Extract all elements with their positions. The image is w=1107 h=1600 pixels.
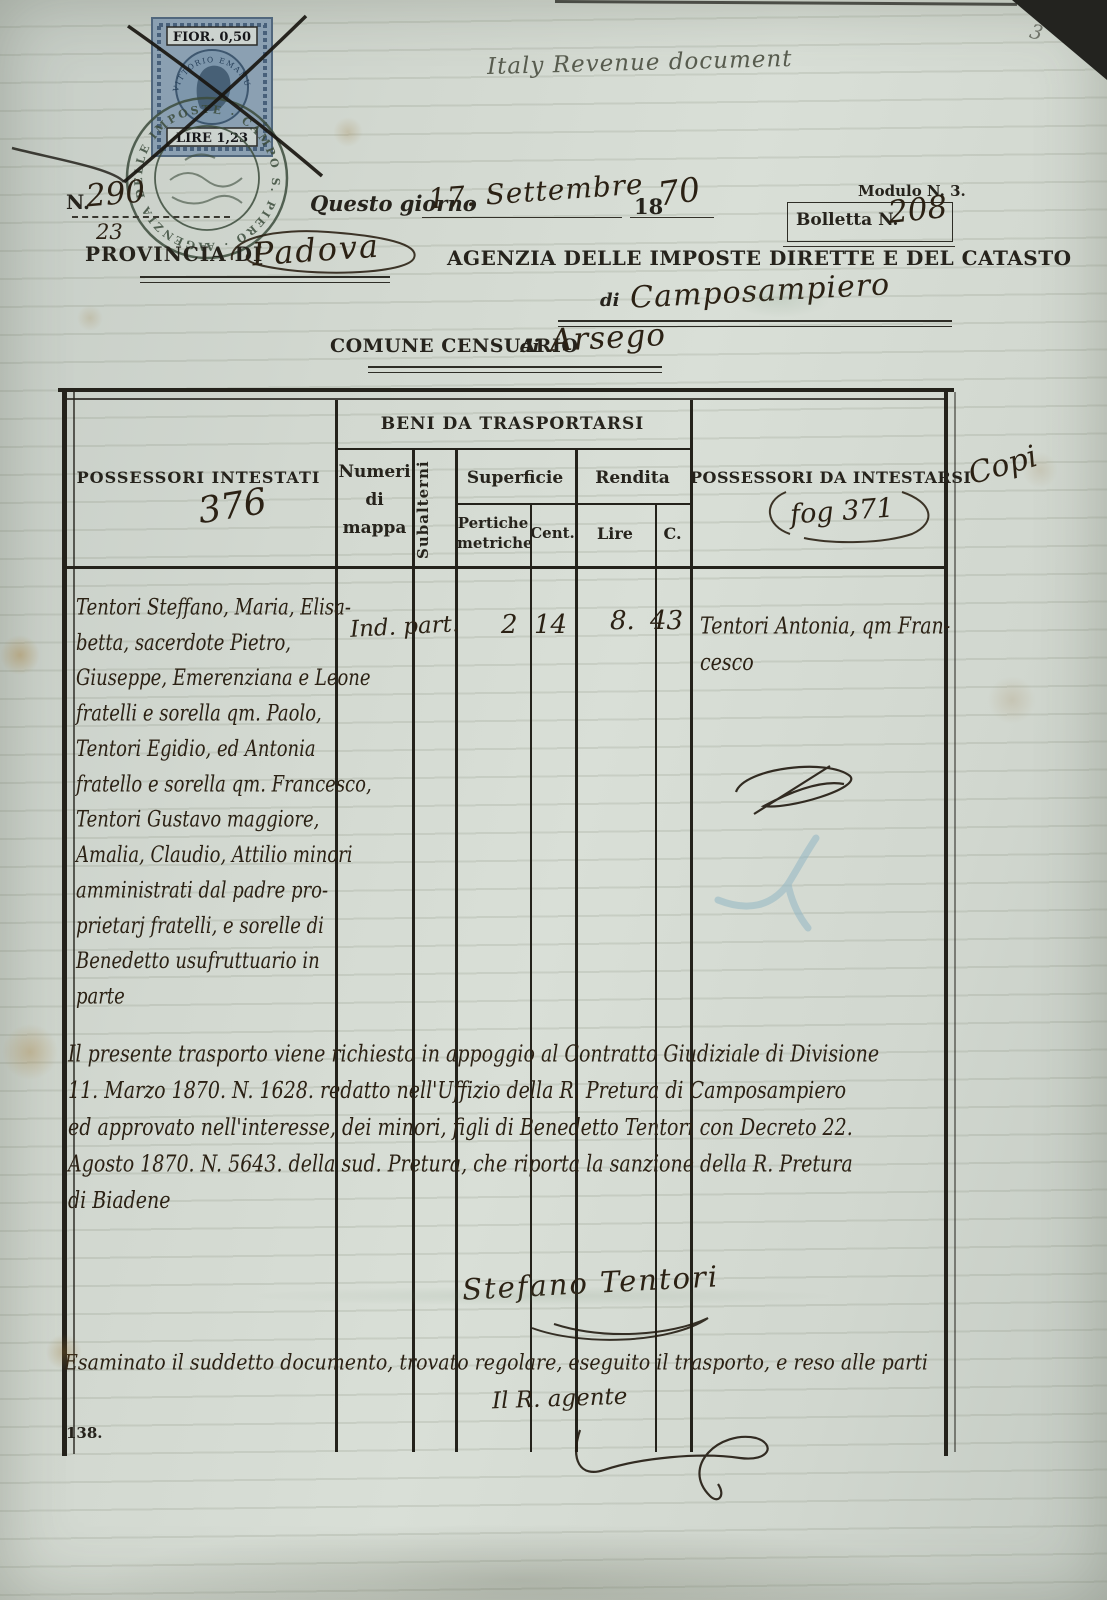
closing-statement: Esaminato il suddetto documento, trovato… (64, 1350, 928, 1375)
col-numeri-line1: Numeri (337, 462, 412, 482)
table-border-line (954, 392, 956, 1452)
possessori-da-flourish (752, 482, 952, 546)
numeri-di-mappa-value: Ind. part. (349, 611, 459, 643)
table-border-line (62, 566, 948, 569)
agency-title: AGENZIA DELLE IMPOSTE DIRETTE E DEL CATA… (447, 246, 957, 270)
year-underline (630, 217, 714, 218)
possessori-line: parte (76, 979, 338, 1014)
blue-pencil-mark (700, 822, 880, 942)
possessori-line: fratello e sorella qm. Francesco, (76, 767, 338, 802)
table-border-line (62, 388, 67, 1456)
agent-signature-flourish (560, 1400, 800, 1520)
provincia-rule (140, 276, 390, 283)
nuovo-possessore-line: cesco (700, 645, 950, 682)
possessori-line: amministrati dal padre pro- (76, 873, 338, 908)
comune-value: Arsego (549, 317, 667, 359)
table-border-line (944, 388, 948, 1456)
possessori-line: Giuseppe, Emerenziana e Leone (76, 661, 338, 696)
possessori-intestati-number: 376 (195, 481, 269, 532)
table-border-line (412, 448, 415, 1452)
agency-di: di (600, 290, 619, 311)
photo-edge-line (555, 0, 1017, 6)
agency-place: Camposampiero (629, 267, 891, 316)
c-value: 43 (650, 606, 683, 636)
cent-value: 14 (534, 610, 567, 640)
note-line: di Biadene (68, 1182, 879, 1219)
bolletta-label: Bolletta N. (796, 210, 898, 230)
group-header-beni: BENI DA TRASPORTARSI (335, 414, 690, 434)
comune-label: COMUNE CENSUARIO (330, 335, 578, 357)
note-line: ed approvato nell'interesse, dei minori,… (68, 1109, 879, 1146)
table-border-line (73, 392, 75, 1454)
comune-rule (368, 366, 662, 373)
margin-note-copi: Copi (965, 439, 1042, 492)
col-lire: Lire (575, 524, 655, 543)
bolletta-value: 208 (886, 189, 949, 231)
form-number: 138. (66, 1424, 103, 1442)
registry-sub-number: 23 (96, 220, 123, 244)
nuovo-possessore-line: Tentori Antonia, qm Fran- (700, 608, 950, 645)
col-cent: Cent. (530, 524, 575, 542)
pertiche-value: 2 (501, 610, 518, 640)
registry-number-value: 290 (85, 173, 147, 214)
possessori-line: betta, sacerdote Pietro, (76, 625, 338, 660)
year-written: 70 (655, 169, 702, 213)
note-line: Il presente trasporto viene richiesto in… (68, 1036, 879, 1073)
table-border-line (455, 448, 458, 1452)
col-c: C. (655, 524, 690, 543)
col-superficie: Superficie (455, 468, 575, 488)
possessori-intestati-text: Tentori Steffano, Maria, Elisa- betta, s… (76, 590, 338, 1015)
table-border-line (455, 503, 691, 505)
registry-underline (72, 216, 230, 218)
possessori-line: Tentori Egidio, ed Antonia (76, 732, 338, 767)
paraph-flourish (718, 748, 868, 828)
possessori-line: Benedetto usufruttuario in (76, 944, 338, 979)
col-pertiche-line2: metriche (457, 534, 529, 552)
table-border-line (62, 398, 948, 400)
table-border-line (335, 448, 693, 450)
col-pertiche-line1: Pertiche (457, 514, 529, 532)
possessori-line: Tentori Steffano, Maria, Elisa- (76, 590, 338, 625)
signature-flourish (520, 1300, 730, 1350)
lire-value: 8. (610, 606, 635, 636)
document-page: FIOR. 0,50 VITTORIO EMANUELE RE D'ITALIA… (0, 0, 1107, 1600)
col-numeri-line2: di (337, 490, 412, 510)
provincia-flourish (218, 224, 428, 280)
photo-corner-shadow (1012, 0, 1107, 80)
table-border-line (58, 388, 954, 392)
note-line: 11. Marzo 1870. N. 1628. redatto nell'Uf… (68, 1073, 879, 1110)
note-line: Agosto 1870. N. 5643. della sud. Pretura… (68, 1146, 879, 1183)
possessori-line: Amalia, Claudio, Attilio minori (76, 838, 338, 873)
col-rendita: Rendita (575, 468, 690, 488)
possessori-line: fratelli e sorella qm. Paolo, (76, 696, 338, 731)
col-subalterni: Subalterni (414, 456, 456, 564)
possessori-line: Tentori Gustavo maggiore, (76, 802, 338, 837)
date-underline (422, 217, 622, 218)
col-possessori-intestati: POSSESSORI INTESTATI (62, 468, 335, 487)
transfer-note-text: Il presente trasporto viene richiesto in… (68, 1036, 879, 1219)
col-numeri-line3: mappa (337, 518, 412, 538)
possessori-line: prietarj fratelli, e sorelle di (76, 908, 338, 943)
nuovo-possessore-text: Tentori Antonia, qm Fran- cesco (700, 608, 950, 681)
comune-di: di (520, 336, 539, 357)
